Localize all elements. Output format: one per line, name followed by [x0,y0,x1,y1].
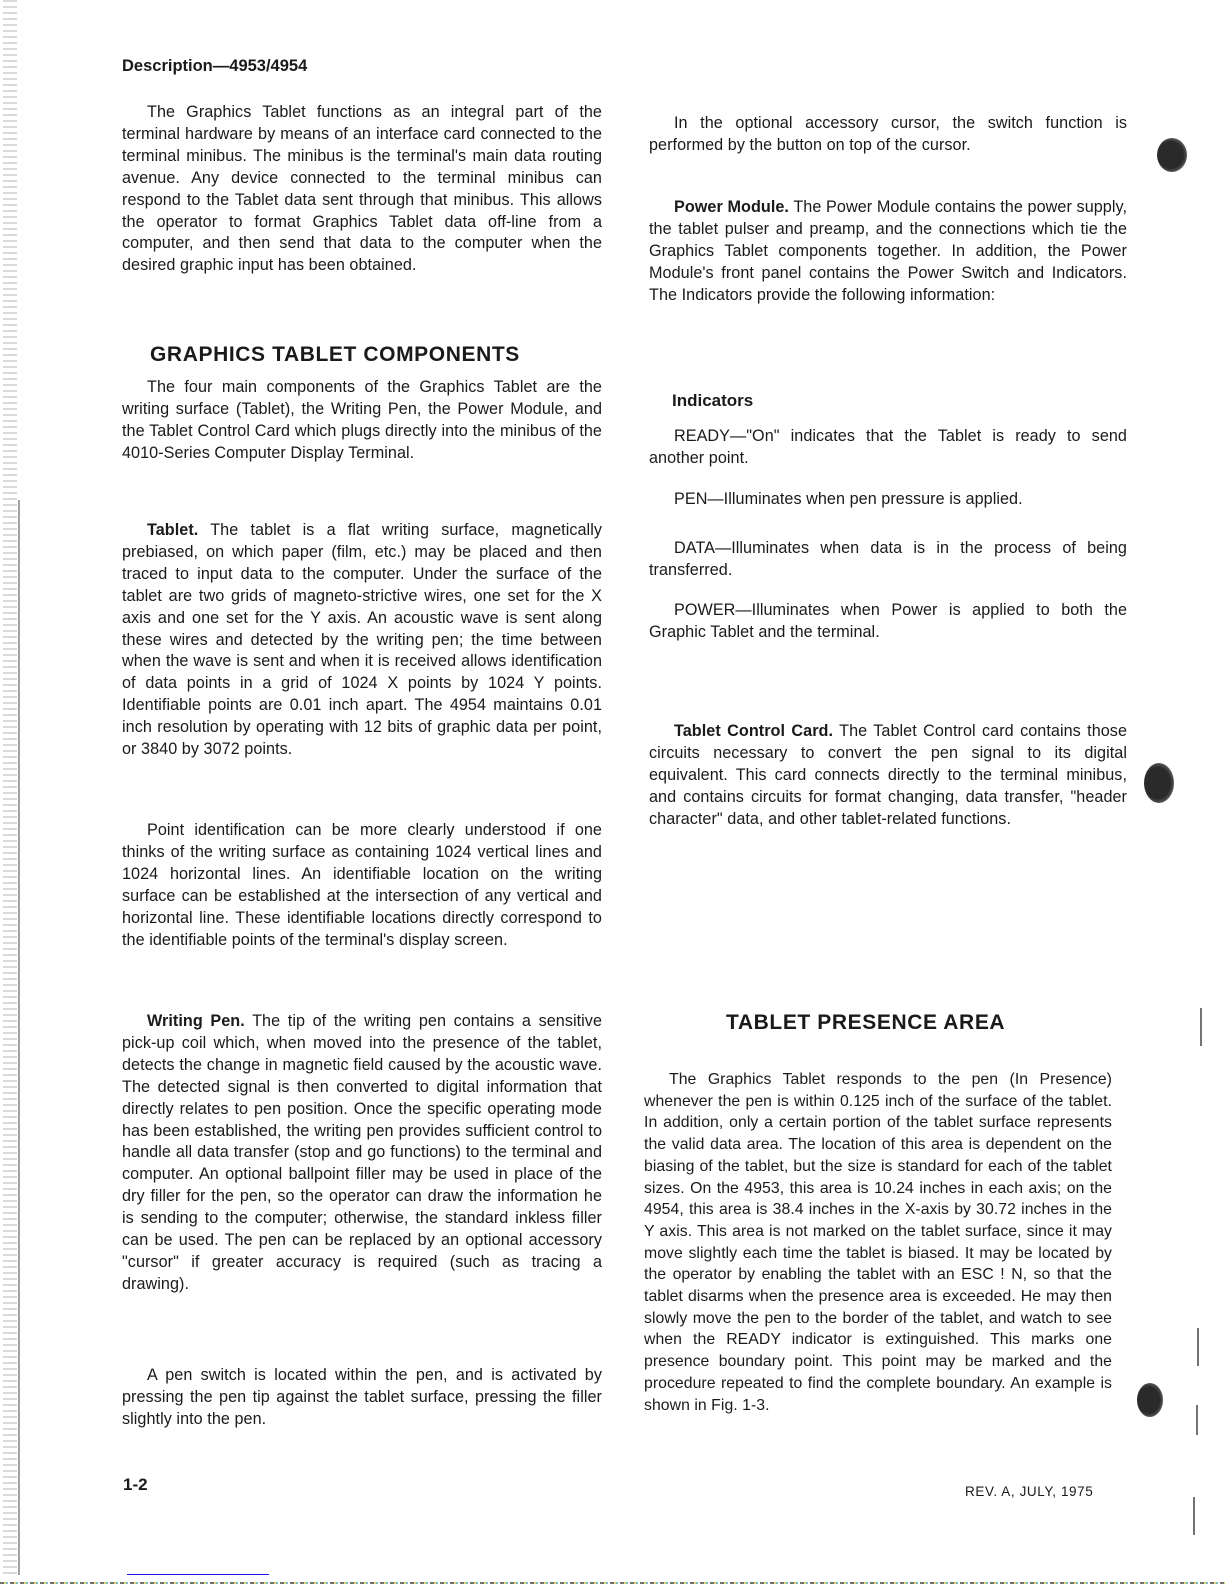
power-module-lead: Power Module. [674,198,789,216]
edge-mark [1197,1328,1199,1366]
punch-hole-top [1157,138,1187,172]
edge-mark [1196,1405,1198,1435]
writing-pen-paragraph: Writing Pen. The tip of the writing pen … [122,1011,602,1296]
writing-pen-text: The tip of the writing pen contains a se… [122,1012,602,1293]
tablet-control-card-lead: Tablet Control Card. [674,722,833,740]
components-intro-paragraph: The four main components of the Graphics… [122,377,602,465]
page-bottom-edge [0,1582,1225,1584]
edge-mark [1193,1497,1195,1535]
tablet-control-card-paragraph: Tablet Control Card. The Tablet Control … [649,721,1127,831]
tablet-lead: Tablet. [147,521,198,539]
intro-paragraph: The Graphics Tablet functions as an inte… [122,102,602,277]
binding-edge-line [18,500,20,1575]
tablet-paragraph: Tablet. The tablet is a flat writing sur… [122,520,602,761]
indicator-data: DATA—Illuminates when data is in the pro… [649,538,1127,582]
revision-date: REV. A, JULY, 1975 [965,1484,1093,1499]
edge-mark [1200,1008,1202,1046]
presence-area-paragraph: The Graphics Tablet responds to the pen … [644,1069,1112,1416]
link-underline [127,1574,269,1575]
section-title-components: GRAPHICS TABLET COMPONENTS [150,343,520,367]
indicator-ready: READY—"On" indicates that the Tablet is … [649,426,1127,470]
section-title-presence-area: TABLET PRESENCE AREA [726,1011,1005,1035]
pen-switch-paragraph: A pen switch is located within the pen, … [122,1365,602,1431]
punch-hole-bottom [1137,1383,1163,1417]
punch-hole-middle [1144,763,1174,803]
writing-pen-lead: Writing Pen. [147,1012,245,1030]
page-number: 1-2 [123,1475,148,1495]
indicator-pen: PEN—Illuminates when pen pressure is app… [649,489,1127,511]
indicator-power: POWER—Illuminates when Power is applied … [649,600,1127,644]
power-module-paragraph: Power Module. The Power Module contains … [649,197,1127,307]
binding-edge-shadow [3,0,17,1575]
running-head: Description—4953/4954 [122,57,307,76]
tablet-text: The tablet is a flat writing surface, ma… [122,521,602,758]
point-identification-paragraph: Point identification can be more clearly… [122,820,602,951]
cursor-switch-paragraph: In the optional accessory cursor, the sw… [649,113,1127,157]
indicators-heading: Indicators [672,391,753,411]
